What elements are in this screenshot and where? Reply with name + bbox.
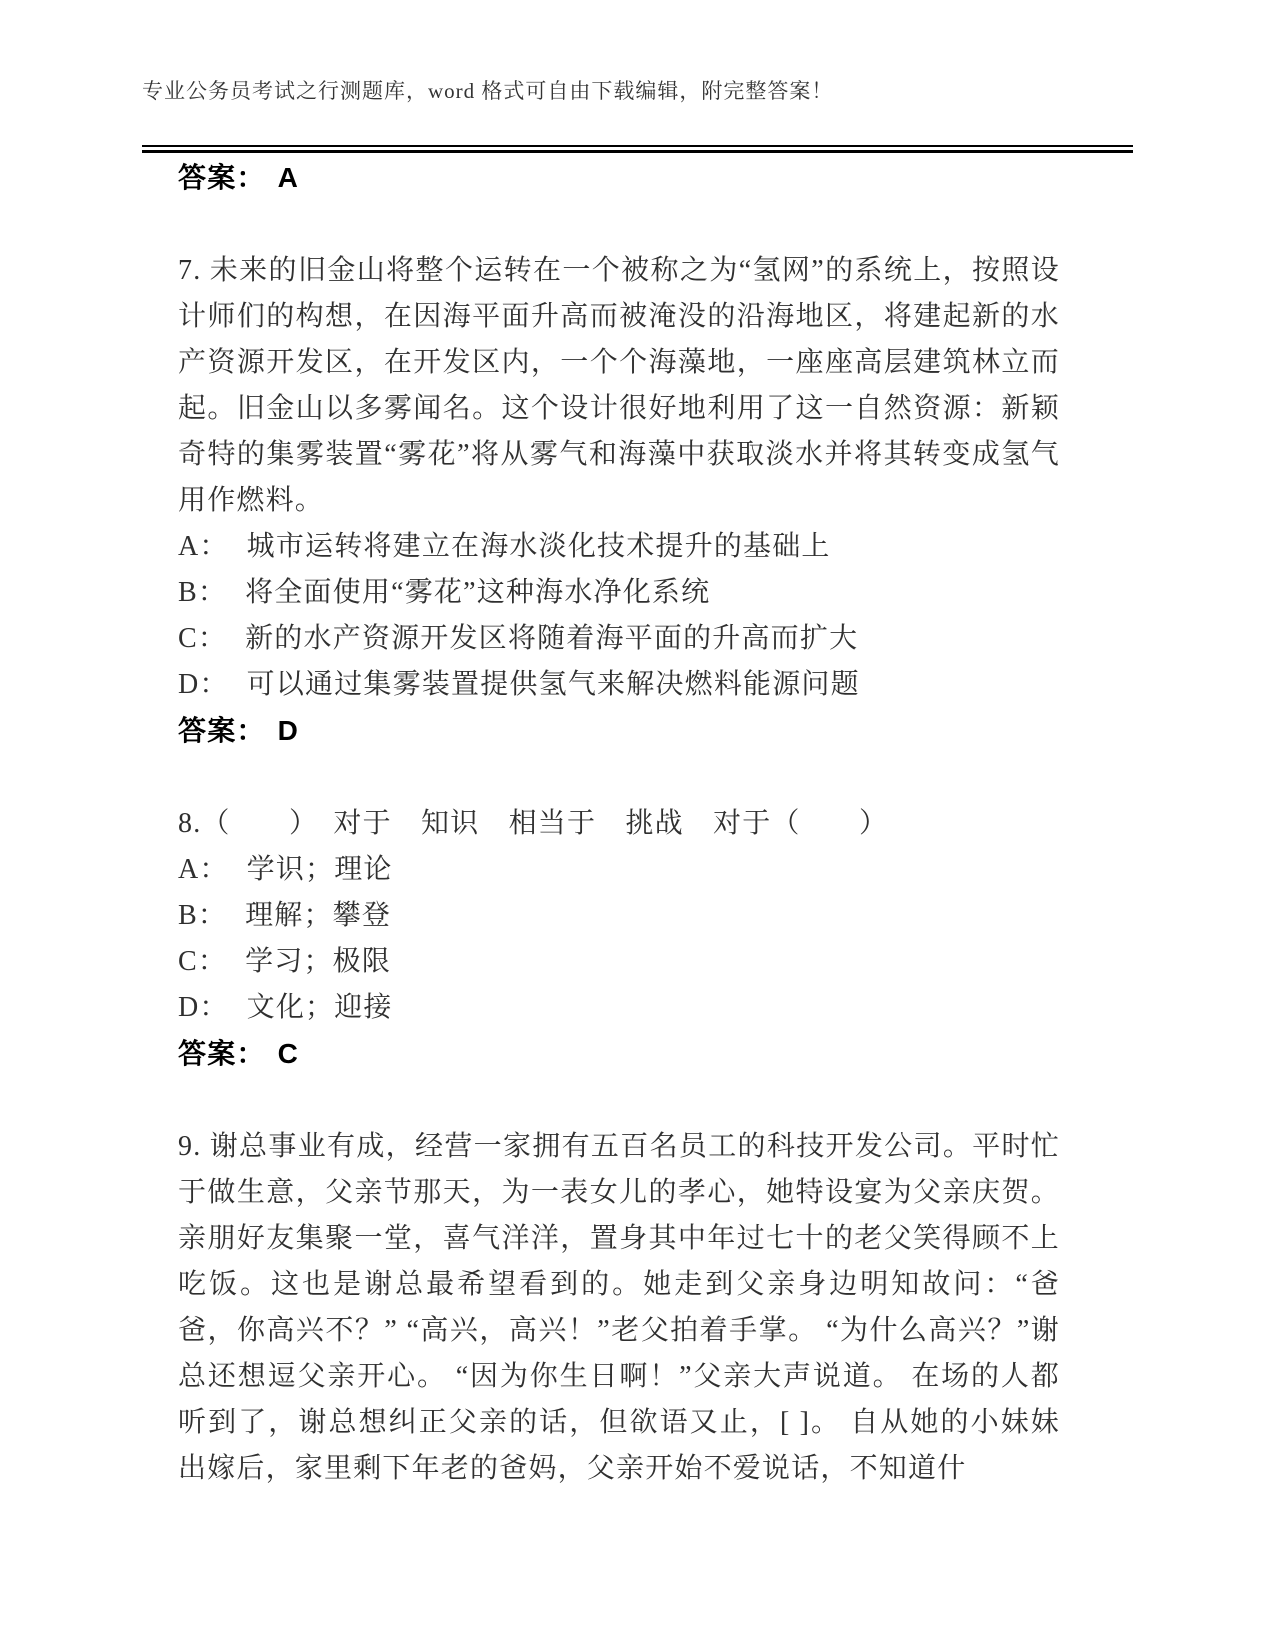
answer-line-q7: 答案： D [178, 708, 1060, 755]
option-text: 学识；理论 [247, 847, 1060, 893]
option-text: 理解；攀登 [245, 893, 1060, 939]
document-body: 答案： A 7. 未来的旧金山将整个运转在一个被称之为“氢网”的系统上，按照设计… [178, 155, 1060, 1492]
answer-label: 答案： [178, 156, 266, 202]
option-label: D： [178, 985, 229, 1031]
answer-value: C [278, 1031, 299, 1077]
page-header: 专业公务员考试之行测题库，word 格式可自由下载编辑，附完整答案！ [142, 78, 1133, 153]
question-9-paragraph: 9. 谢总事业有成，经营一家拥有五百名员工的科技开发公司。平时忙于做生意，父亲节… [178, 1124, 1060, 1492]
option-label: A： [178, 524, 229, 570]
answer-label: 答案： [178, 709, 266, 755]
question-8-option-d: D： 文化；迎接 [178, 985, 1060, 1031]
question-7-option-d: D： 可以通过集雾装置提供氢气来解决燃料能源问题 [178, 662, 1060, 708]
question-8-option-b: B： 理解；攀登 [178, 893, 1060, 939]
option-label: B： [178, 570, 227, 616]
question-7-paragraph: 7. 未来的旧金山将整个运转在一个被称之为“氢网”的系统上，按照设计师们的构想，… [178, 248, 1060, 524]
option-text: 新的水产资源开发区将随着海平面的升高而扩大 [245, 616, 1060, 662]
option-label: D： [178, 662, 229, 708]
question-7-option-b: B： 将全面使用“雾花”这种海水净化系统 [178, 570, 1060, 616]
option-text: 学习；极限 [245, 939, 1060, 985]
document-page: 专业公务员考试之行测题库，word 格式可自由下载编辑，附完整答案！ 答案： A… [0, 0, 1275, 1650]
answer-value: D [278, 708, 299, 754]
option-text: 城市运转将建立在海水淡化技术提升的基础上 [247, 524, 1060, 570]
header-rule [142, 145, 1133, 153]
question-7-option-c: C： 新的水产资源开发区将随着海平面的升高而扩大 [178, 616, 1060, 662]
question-8-option-c: C： 学习；极限 [178, 939, 1060, 985]
answer-label: 答案： [178, 1032, 266, 1078]
option-text: 将全面使用“雾花”这种海水净化系统 [245, 570, 1060, 616]
question-8-line: 8.（ ） 对于 知识 相当于 挑战 对于（ ） [178, 801, 1060, 847]
option-text: 可以通过集雾装置提供氢气来解决燃料能源问题 [247, 662, 1060, 708]
answer-line-q6: 答案： A [178, 155, 1060, 202]
answer-line-q8: 答案： C [178, 1031, 1060, 1078]
option-label: B： [178, 893, 227, 939]
header-disclaimer-text: 专业公务员考试之行测题库，word 格式可自由下载编辑，附完整答案！ [142, 78, 1133, 104]
option-text: 文化；迎接 [247, 985, 1060, 1031]
option-label: A： [178, 847, 229, 893]
question-7-option-a: A： 城市运转将建立在海水淡化技术提升的基础上 [178, 524, 1060, 570]
option-label: C： [178, 939, 227, 985]
question-8-option-a: A： 学识；理论 [178, 847, 1060, 893]
answer-value: A [278, 155, 299, 201]
option-label: C： [178, 616, 227, 662]
